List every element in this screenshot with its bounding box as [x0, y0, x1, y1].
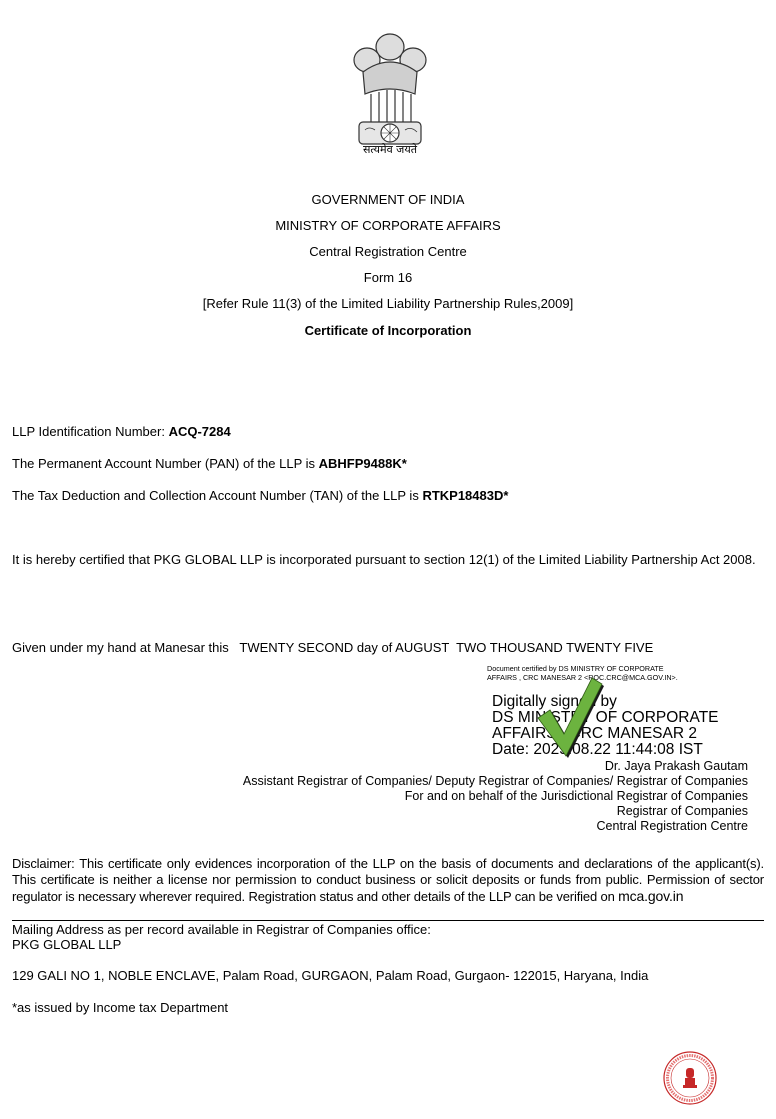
government-heading: GOVERNMENT OF INDIA — [0, 192, 776, 207]
llpin-label: LLP Identification Number: — [12, 424, 169, 439]
emblem-motto: सत्यमेव जयते — [333, 142, 447, 157]
certificate-title: Certificate of Incorporation — [0, 323, 776, 338]
signature-valid-check-icon — [534, 672, 604, 760]
llpin-value: ACQ-7284 — [169, 424, 231, 439]
pan-label: The Permanent Account Number (PAN) of th… — [12, 456, 319, 471]
divider — [12, 920, 764, 921]
pan-line: The Permanent Account Number (PAN) of th… — [12, 456, 407, 471]
official-name: Dr. Jaya Prakash Gautam — [605, 759, 748, 773]
tan-label: The Tax Deduction and Collection Account… — [12, 488, 422, 503]
llpin-line: LLP Identification Number: ACQ-7284 — [12, 424, 231, 439]
registration-centre-heading: Central Registration Centre — [0, 244, 776, 259]
signer-line-2: AFFAIRS , CRC MANESAR 2 — [492, 726, 719, 742]
tan-value: RTKP18483D* — [422, 488, 508, 503]
disclaimer: Disclaimer: This certificate only eviden… — [12, 856, 764, 905]
footnote: *as issued by Income tax Department — [12, 1000, 228, 1015]
rule-reference: [Refer Rule 11(3) of the Limited Liabili… — [0, 296, 776, 311]
on-behalf-line: For and on behalf of the Jurisdictional … — [405, 789, 748, 803]
certification-statement: It is hereby certified that PKG GLOBAL L… — [12, 552, 764, 568]
mca-link[interactable]: mca.gov.in — [618, 888, 683, 904]
office-line-1: Registrar of Companies — [617, 804, 748, 818]
official-designation: Assistant Registrar of Companies/ Deputy… — [243, 774, 748, 788]
form-number: Form 16 — [0, 270, 776, 285]
mca-seal-icon — [650, 1046, 730, 1110]
certified-note: Document certified by DS MINISTRY OF COR… — [487, 664, 747, 682]
signature-date: Date: 2025.08.22 11:44:08 IST — [492, 742, 719, 758]
given-under-statement: Given under my hand at Manesar this TWEN… — [12, 640, 653, 655]
mailing-address-section: Mailing Address as per record available … — [12, 922, 431, 952]
certified-note-line-2: AFFAIRS , CRC MANESAR 2 <ROC.CRC@MCA.GOV… — [487, 673, 747, 682]
mailing-name: PKG GLOBAL LLP — [12, 937, 431, 952]
office-line-2: Central Registration Centre — [597, 819, 748, 833]
certified-note-line-1: Document certified by DS MINISTRY OF COR… — [487, 664, 747, 673]
pan-value: ABHFP9488K* — [319, 456, 407, 471]
tan-line: The Tax Deduction and Collection Account… — [12, 488, 508, 503]
digital-signature-block[interactable]: Digitally signed by DS MINISTRY OF CORPO… — [492, 694, 719, 758]
mailing-label: Mailing Address as per record available … — [12, 922, 431, 937]
national-emblem-icon — [333, 22, 447, 162]
signer-line-1: DS MINISTRY OF CORPORATE — [492, 710, 719, 726]
digitally-signed-by: Digitally signed by — [492, 694, 719, 710]
mailing-address: 129 GALI NO 1, NOBLE ENCLAVE, Palam Road… — [12, 968, 648, 983]
ministry-heading: MINISTRY OF CORPORATE AFFAIRS — [0, 218, 776, 233]
